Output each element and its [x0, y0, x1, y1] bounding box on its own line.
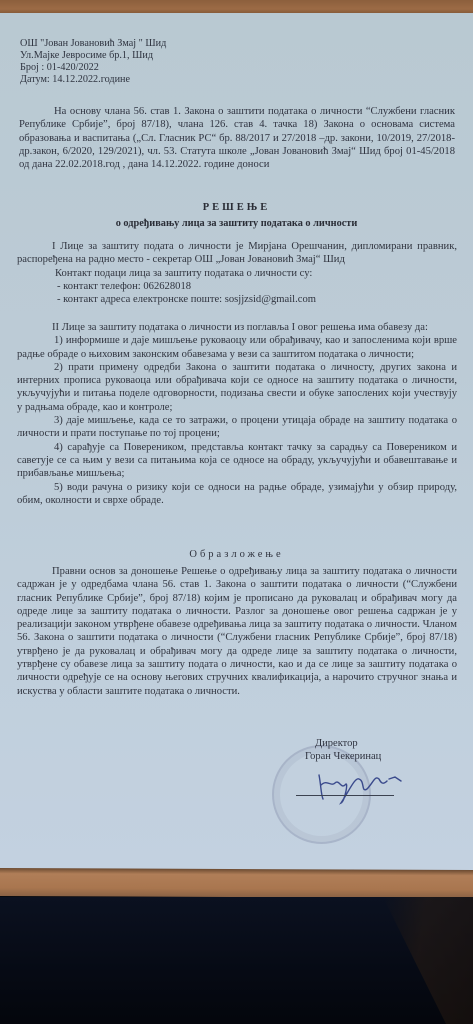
dark-background [0, 897, 473, 1024]
section-2-intro: II Лице за заштиту података о личности и… [17, 321, 457, 334]
contact-phone: - контакт телефон: 062628018 [17, 280, 457, 293]
duty-item: 5) води рачуна о ризику који се односи н… [17, 481, 457, 508]
school-address: Ул.Мајке Јевросиме бр.1, Шид [20, 50, 166, 62]
decision-title: РЕШЕЊЕ [0, 202, 473, 213]
signatory-name: Горан Чекеринац [290, 751, 410, 764]
document-date: Датум: 14.12.2022.године [20, 74, 166, 86]
explanation-title: Образложење [0, 549, 473, 560]
duty-item: 2) прати примену одредби Закона о заштит… [17, 361, 457, 414]
contact-email: - контакт адреса електронске поште: sosj… [17, 293, 457, 306]
duty-item: 1) информише и даје мишљење руковаоцу ил… [17, 334, 457, 361]
explanation-text: Правни основ за доношење Решење о одређи… [17, 565, 457, 698]
document-number: Број : 01-420/2022 [20, 62, 166, 74]
section-2: II Лице за заштиту података о личности и… [17, 321, 457, 507]
signature-block: Директор Горан Чекеринац [290, 738, 410, 763]
intro-paragraph: На основу члана 56. став 1. Закона о заш… [19, 105, 455, 171]
shadow-region [383, 897, 473, 1024]
document-header: ОШ "Јован Јовановић Змај " Шид Ул.Мајке … [20, 38, 166, 86]
contact-heading: Контакт подаци лица за заштиту података … [17, 267, 457, 280]
decision-subtitle: о одређивању лица за заштиту података о … [0, 218, 473, 229]
duty-item: 4) сарађује са Повереником, представља к… [17, 441, 457, 481]
section-1-text: I Лице за заштиту подата о личности је М… [17, 240, 457, 267]
signatory-role: Директор [290, 738, 410, 751]
duty-item: 3) даје мишљење, када се то затражи, о п… [17, 414, 457, 441]
school-name: ОШ "Јован Јовановић Змај " Шид [20, 38, 166, 50]
signature-line [296, 795, 394, 796]
wooden-frame-bottom [0, 868, 473, 898]
handwritten-signature-icon [315, 765, 405, 805]
section-1: I Лице за заштиту подата о личности је М… [17, 240, 457, 306]
